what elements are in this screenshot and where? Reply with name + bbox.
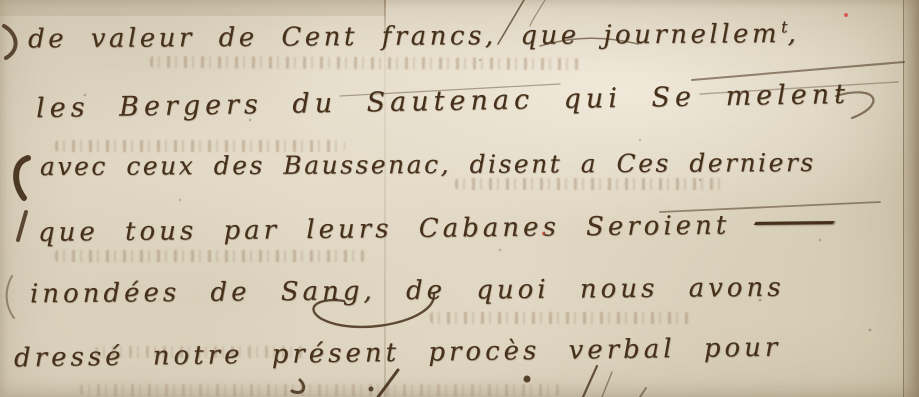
margin-ink-mark <box>4 26 16 58</box>
t-bar-stroke <box>692 62 904 80</box>
line-text: avec ceux des Baussenac, disent a Ces de… <box>40 148 816 181</box>
manuscript-page: de valeur de Cent francs, que journellem… <box>0 0 919 397</box>
line-text: dressé notre présent procès verbal pour <box>14 333 782 374</box>
ink-bleedthrough <box>430 312 690 324</box>
trailing-dash: — <box>750 206 839 237</box>
line-text: les Bergers du Sautenac qui Se melent <box>36 79 850 124</box>
ink-bleedthrough <box>55 250 365 262</box>
line-text: de valeur de Cent francs, que journellem <box>28 19 780 54</box>
margin-ink-mark <box>7 276 14 318</box>
line-text: que tous par leurs Cabanes Seroient <box>38 211 731 248</box>
line-text: inondées de Sang, de quoi nous avons <box>30 273 785 310</box>
cut-off-next-line <box>602 372 612 397</box>
red-speck <box>542 232 545 235</box>
cut-off-next-line <box>583 366 597 397</box>
ink-bleedthrough <box>455 178 725 190</box>
cut-off-next-line <box>640 388 646 397</box>
manuscript-line-6: dressé notre présent procès verbal pour <box>14 333 782 374</box>
manuscript-line-1: de valeur de Cent francs, que journellem… <box>28 17 800 54</box>
margin-ink-mark <box>18 212 26 240</box>
manuscript-line-2: les Bergers du Sautenac qui Se melent <box>36 79 850 124</box>
ink-bleedthrough <box>80 384 560 396</box>
ink-bleedthrough <box>150 56 580 70</box>
line-punctuation: , <box>788 19 800 49</box>
red-speck <box>844 13 848 17</box>
manuscript-line-3: avec ceux des Baussenac, disent a Ces de… <box>40 148 816 181</box>
margin-ink-mark <box>16 158 28 198</box>
paper-edge-strip <box>903 0 919 397</box>
manuscript-line-4: que tous par leurs Cabanes Seroient— <box>38 210 777 248</box>
manuscript-line-5: inondées de Sang, de quoi nous avons <box>30 273 785 310</box>
paper-tone-patch <box>0 0 385 16</box>
